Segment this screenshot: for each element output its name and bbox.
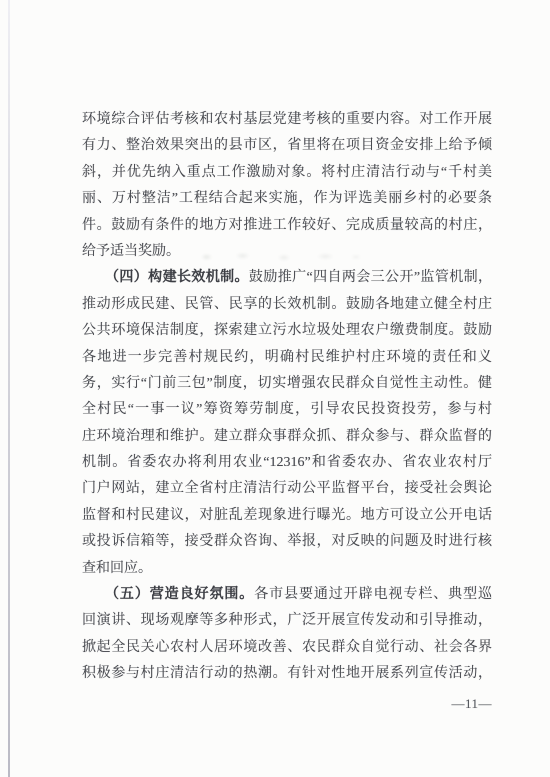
text-line: 全村民“一事一议”筹资筹劳制度，引导农民投资投劳，参与村 — [82, 397, 492, 423]
text-line: 查和回应。 — [82, 556, 492, 582]
text-line: 各地进一步完善村规民约，明确村民维护村庄环境的责任和义 — [82, 345, 492, 371]
text-line: 推动形成民建、民管、民享的长效机制。鼓励各地建立健全村庄 — [82, 292, 492, 318]
text-line: 回演讲、现场观摩等多种形式，广泛开展宣传发动和引导推动， — [82, 608, 492, 634]
scan-page-edge-line — [8, 0, 10, 777]
text-line: 门户网站，建立全省村庄清洁行动公平监督平台，接受社会舆论 — [82, 476, 492, 502]
section-heading-5: （五）营造良好氛围。 — [105, 587, 254, 602]
text-line: （五）营造良好氛围。各市县要通过开辟电视专栏、典型巡 — [82, 582, 492, 608]
text-line: 给予适当奖励。 — [82, 239, 492, 265]
text-line: 件。鼓励有条件的地方对推进工作较好、完成质量较高的村庄， — [82, 213, 492, 239]
text-line: 有力、整治效果突出的县市区，省里将在项目资金安排上给予倾 — [82, 133, 492, 159]
section-heading-4: （四）构建长效机制。 — [105, 270, 249, 285]
text-line: 环境综合评估考核和农村基层党建考核的重要内容。对工作开展 — [82, 107, 492, 133]
page-number: —11— — [451, 696, 492, 712]
document-text-block: 环境综合评估考核和农村基层党建考核的重要内容。对工作开展 有力、整治效果突出的县… — [82, 107, 492, 688]
text-line: 斜，并优先纳入重点工作激励对象。将村庄清洁行动与“千村美 — [82, 160, 492, 186]
text-line-body: 各市县要通过开辟电视专栏、典型巡 — [254, 587, 492, 602]
text-line: （四）构建长效机制。鼓励推广“四自两会三公开”监管机制， — [82, 265, 492, 291]
text-line: 丽、万村整洁”工程结合起来实施，作为评选美丽乡村的必要条 — [82, 186, 492, 212]
text-line: 积极参与村庄清洁行动的热潮。有针对性地开展系列宣传活动， — [82, 661, 492, 687]
text-line: 庄环境治理和维护。建立群众事群众抓、群众参与、群众监督的 — [82, 424, 492, 450]
text-line: 监督和村民建议，对脏乱差现象进行曝光。地方可设立公开电话 — [82, 503, 492, 529]
text-line: 或投诉信箱等，接受群众咨询、举报，对反映的问题及时进行核 — [82, 529, 492, 555]
text-line: 务，实行“门前三包”制度，切实增强农民群众自觉性主动性。健 — [82, 371, 492, 397]
text-line: 掀起全民关心农村人居环境改善、农民群众自觉行动、社会各界 — [82, 635, 492, 661]
document-page: 环境综合评估考核和农村基层党建考核的重要内容。对工作开展 有力、整治效果突出的县… — [0, 0, 550, 777]
text-line: 机制。省委农办将利用农业“12316”和省委农办、省农业农村厅 — [82, 450, 492, 476]
text-line: 公共环境保洁制度，探索建立污水垃圾处理农户缴费制度。鼓励 — [82, 318, 492, 344]
text-line-body: 鼓励推广“四自两会三公开”监管机制， — [249, 270, 492, 285]
